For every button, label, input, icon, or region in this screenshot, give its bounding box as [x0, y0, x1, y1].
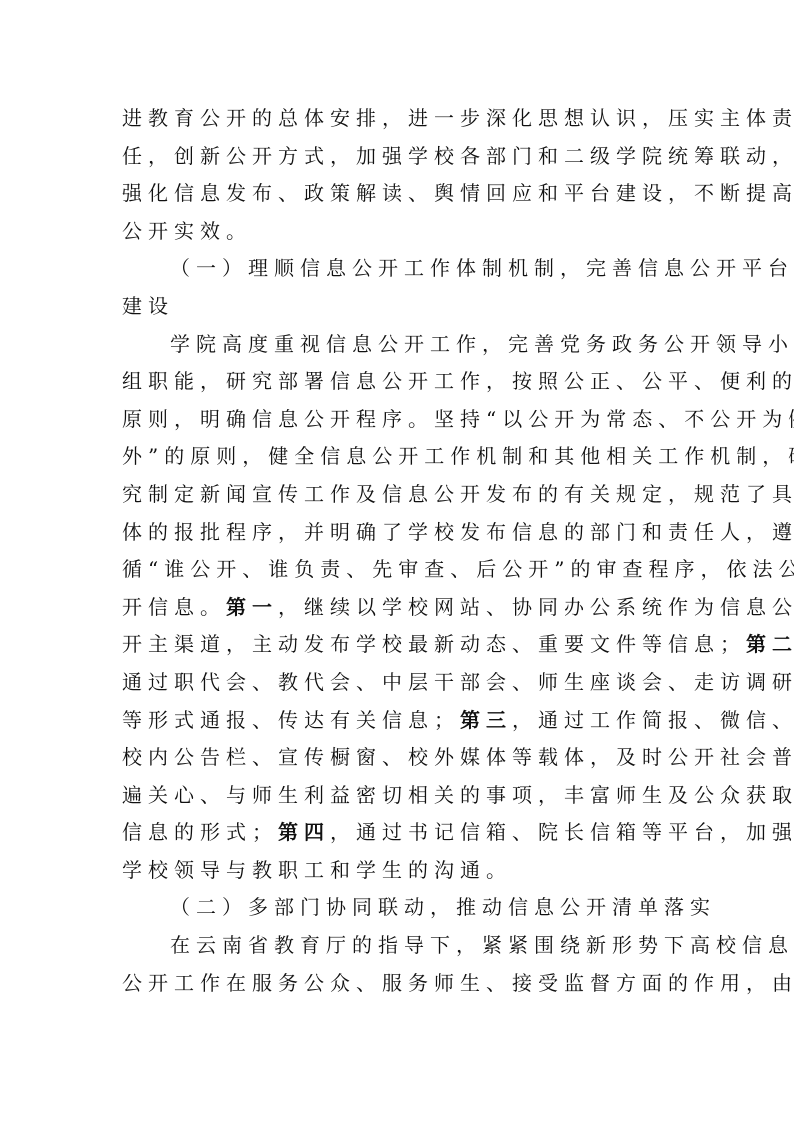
text-line: 组职能，研究部署信息公开工作，按照公正、公平、便利的 [122, 363, 674, 401]
text-line: 公开实效。 [122, 213, 674, 251]
document-page: 进教育公开的总体安排，进一步深化思想认识，压实主体责 任，创新公开方式，加强学校… [122, 100, 674, 1002]
text-segment: ，通过书记信箱、院长信箱等平台，加强 [330, 820, 794, 844]
text-line-fourth-point: 信息的形式；第四，通过书记信箱、院长信箱等平台，加强 [122, 814, 674, 852]
section-heading-line: 建设 [122, 288, 674, 326]
text-line: 通过职代会、教代会、中层干部会、师生座谈会、走访调研 [122, 664, 674, 702]
text-line: 遍关心、与师生利益密切相关的事项，丰富师生及公众获取 [122, 777, 674, 815]
text-segment: 开信息。 [122, 595, 226, 619]
bold-marker-third: 第三 [460, 708, 512, 732]
section-heading-line: （二）多部门协同联动，推动信息公开清单落实 [122, 889, 674, 927]
text-line-third-point: 等形式通报、传达有关信息；第三，通过工作简报、微信、 [122, 702, 674, 740]
text-line: 循“谁公开、谁负责、先审查、后公开”的审查程序，依法公 [122, 551, 674, 589]
text-line: 究制定新闻宣传工作及信息公开发布的有关规定，规范了具 [122, 476, 674, 514]
intro-paragraph: 进教育公开的总体安排，进一步深化思想认识，压实主体责 任，创新公开方式，加强学校… [122, 100, 674, 250]
text-line: 外”的原则，健全信息公开工作机制和其他相关工作机制，研 [122, 438, 674, 476]
bold-marker-fourth: 第四 [278, 820, 330, 844]
text-line: 进教育公开的总体安排，进一步深化思想认识，压实主体责 [122, 100, 674, 138]
text-line: 公开工作在服务公众、服务师生、接受监督方面的作用，由 [122, 965, 674, 1003]
text-line: 校内公告栏、宣传橱窗、校外媒体等载体，及时公开社会普 [122, 739, 674, 777]
text-segment: 信息的形式； [122, 820, 278, 844]
section-heading-line: （一）理顺信息公开工作体制机制，完善信息公开平台 [122, 250, 674, 288]
text-line: 学校领导与教职工和学生的沟通。 [122, 852, 674, 890]
text-line: 任，创新公开方式，加强学校各部门和二级学院统筹联动， [122, 138, 674, 176]
section-2: （二）多部门协同联动，推动信息公开清单落实 在云南省教育厅的指导下，紧紧围绕新形… [122, 889, 674, 1002]
section-1-heading: （一）理顺信息公开工作体制机制，完善信息公开平台 建设 [122, 250, 674, 325]
text-segment: 开主渠道，主动发布学校最新动态、重要文件等信息； [122, 632, 746, 656]
text-segment: 等形式通报、传达有关信息； [122, 708, 460, 732]
text-line: 强化信息发布、政策解读、舆情回应和平台建设，不断提高 [122, 175, 674, 213]
text-segment: ，继续以学校网站、协同办公系统作为信息公 [278, 595, 794, 619]
text-line: 学院高度重视信息公开工作，完善党务政务公开领导小 [122, 326, 674, 364]
text-line: 原则，明确信息公开程序。坚持“以公开为常态、不公开为例 [122, 401, 674, 439]
text-line: 在云南省教育厅的指导下，紧紧围绕新形势下高校信息 [122, 927, 674, 965]
text-segment: ，通过工作简报、微信、 [512, 708, 794, 732]
bold-marker-first: 第一 [226, 595, 278, 619]
section-1-body: 学院高度重视信息公开工作，完善党务政务公开领导小 组职能，研究部署信息公开工作，… [122, 326, 674, 890]
text-line: 体的报批程序，并明确了学校发布信息的部门和责任人，遵 [122, 514, 674, 552]
text-line-first-point: 开信息。第一，继续以学校网站、协同办公系统作为信息公 [122, 589, 674, 627]
text-line-second-point: 开主渠道，主动发布学校最新动态、重要文件等信息；第二， [122, 626, 674, 664]
bold-marker-second: 第二 [746, 632, 794, 656]
